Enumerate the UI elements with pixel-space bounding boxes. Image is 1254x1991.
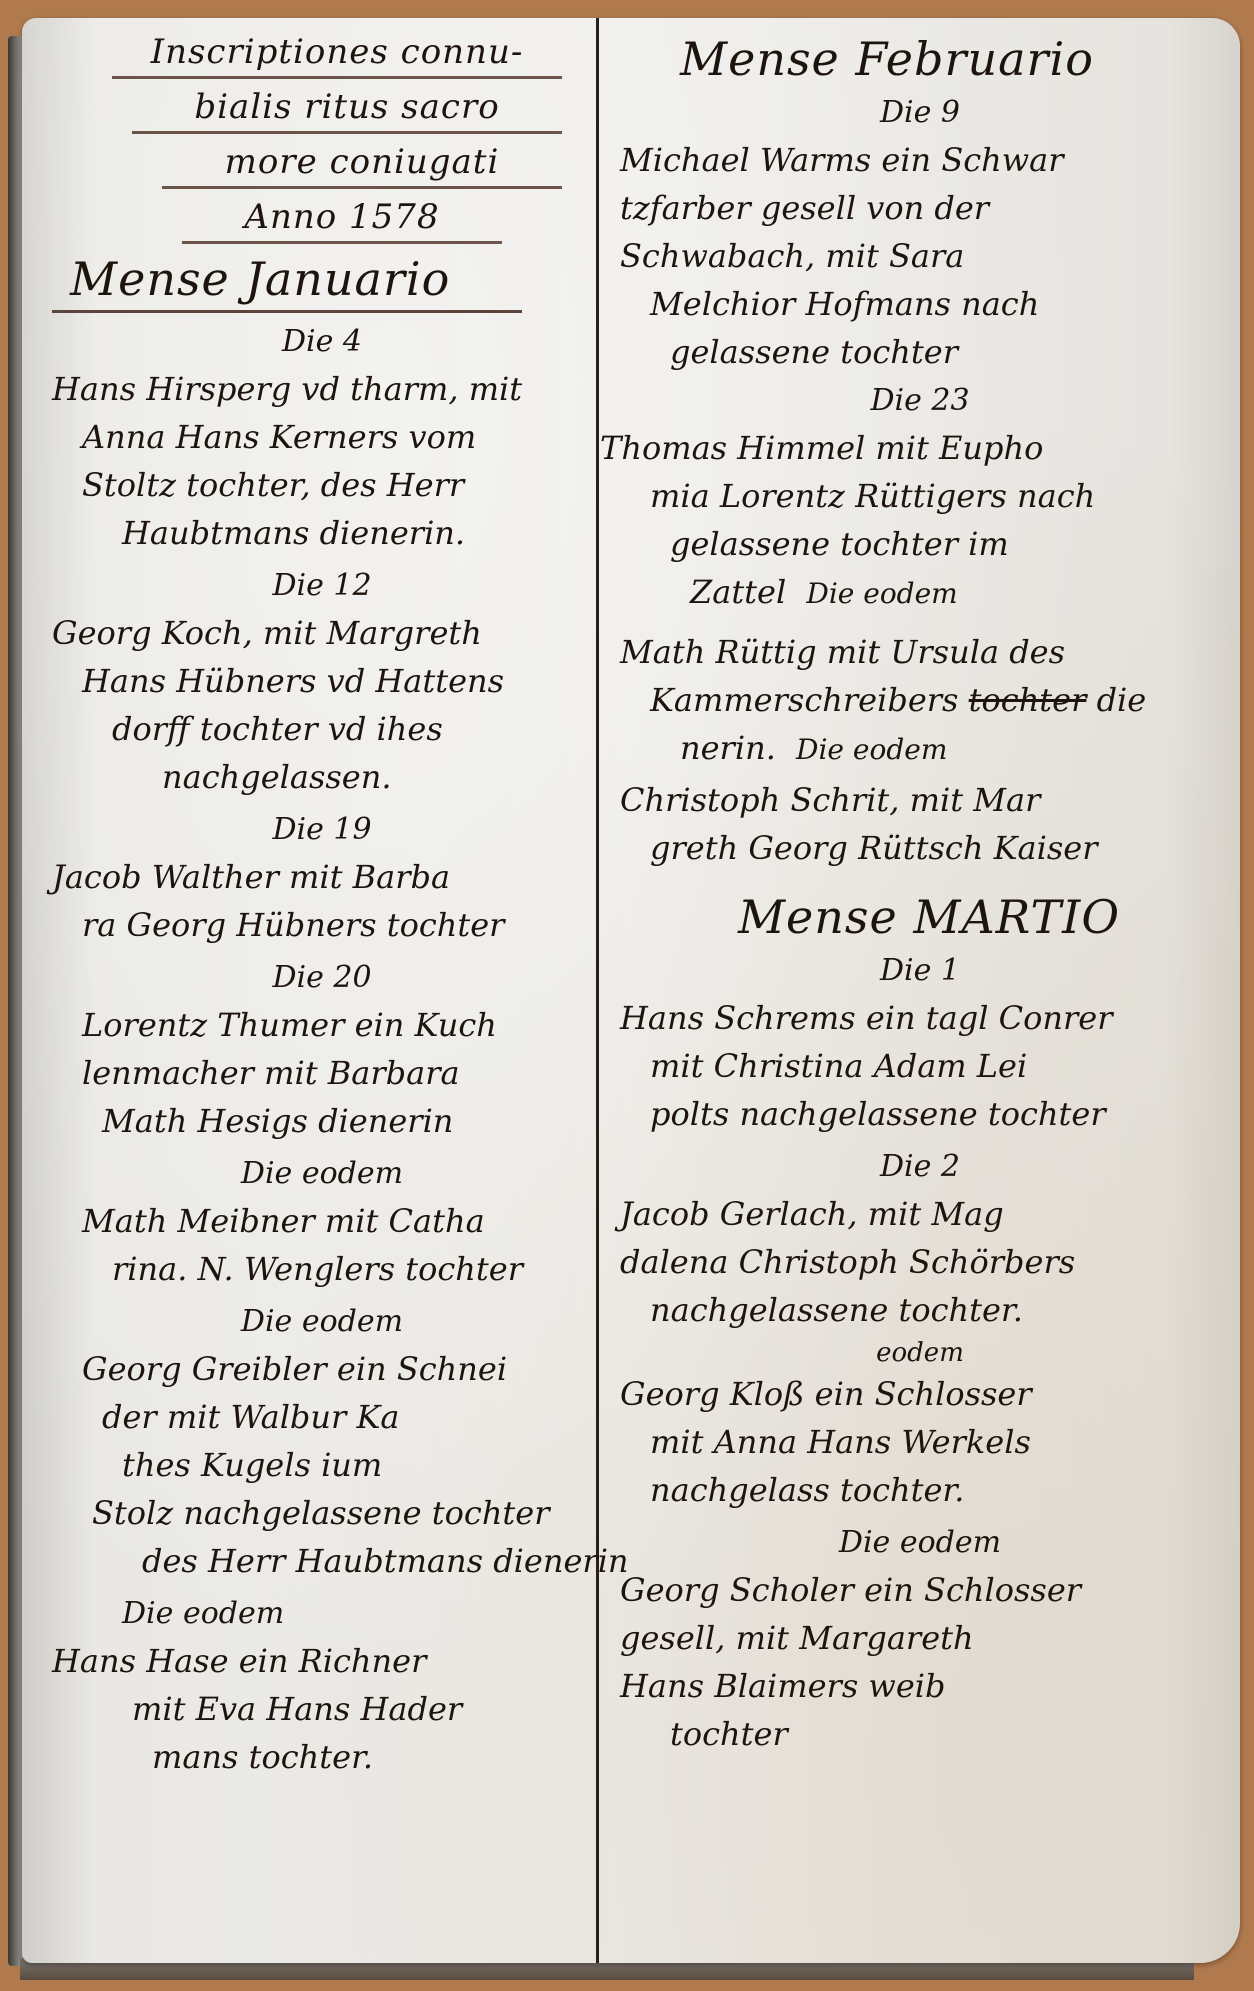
entry-date: Die eodem (806, 577, 957, 610)
entry-text-line: Math Hesigs dienerin (52, 1097, 592, 1145)
entry-text-line: Hans Hase ein Richner (52, 1637, 592, 1685)
marriage-entry: Die eodem Georg Scholer ein Schlosser ge… (620, 1520, 1220, 1758)
entry-text-line: Georg Kloß ein Schlosser (620, 1370, 1220, 1418)
marriage-entry: Die 12 Georg Koch, mit Margreth Hans Hüb… (52, 563, 592, 801)
entry-text-line: nachgelassen. (52, 753, 592, 801)
entry-text-line: mia Lorentz Rüttigers nach (620, 472, 1220, 520)
entry-text-line: mit Anna Hans Werkels (620, 1418, 1220, 1466)
entry-text-line: Stoltz tochter, des Herr (52, 461, 592, 509)
title-line: Inscriptiones connu- (112, 28, 562, 79)
month-heading-march: Mense MARTIO (620, 886, 1220, 948)
entry-text-line: Georg Greibler ein Schnei (52, 1345, 592, 1393)
marriage-entry: Math Rüttig mit Ursula des Kammerschreib… (620, 628, 1220, 774)
register-title: Inscriptiones connu- bialis ritus sacro … (52, 28, 592, 244)
marriage-entry: eodem Georg Kloß ein Schlosser mit Anna … (620, 1336, 1220, 1514)
entry-date: Die 9 (620, 90, 1220, 136)
entry-date: Die 23 (620, 378, 1220, 424)
marriage-entry: Die eodem Math Meibner mit Catha rina. N… (52, 1151, 592, 1293)
entry-text-line: gelassene tochter im (620, 520, 1220, 568)
column-divider-rule (596, 18, 599, 1963)
entry-text-line: gelassene tochter (620, 328, 1220, 376)
entry-text-line: Zattel Die eodem (620, 568, 1220, 618)
entry-text-line: Schwabach, mit Sara (620, 232, 1220, 280)
entry-text-line: Georg Scholer ein Schlosser (620, 1566, 1220, 1614)
month-heading-january: Mense Januario (52, 248, 522, 313)
marriage-entry: Die 19 Jacob Walther mit Barba ra Georg … (52, 807, 592, 949)
entry-text-line: nachgelass tochter. (620, 1466, 1220, 1514)
entry-date: Die eodem (796, 733, 947, 766)
title-line: more coniugati (162, 138, 562, 189)
entry-date: Die 20 (52, 955, 592, 1001)
entry-text-line: Hans Hirsperg vd tharm, mit (52, 365, 592, 413)
marriage-entry: Die eodem Hans Hase ein Richner mit Eva … (52, 1591, 592, 1781)
left-column: Inscriptiones connu- bialis ritus sacro … (52, 28, 592, 1783)
entry-date: Die 4 (52, 319, 592, 365)
entry-text-line: Melchior Hofmans nach (620, 280, 1220, 328)
entry-text-line: nerin. Die eodem (620, 724, 1220, 774)
entry-date: Die eodem (52, 1151, 592, 1197)
entry-text-line: lenmacher mit Barbara (52, 1049, 592, 1097)
entry-text-line: mit Eva Hans Hader (52, 1685, 592, 1733)
entry-text-line: gesell, mit Margareth (620, 1614, 1220, 1662)
entry-text-line: Lorentz Thumer ein Kuch (52, 1001, 592, 1049)
entry-text-line: Thomas Himmel mit Eupho (600, 424, 1220, 472)
entry-text-line: Hans Blaimers weib (620, 1662, 1220, 1710)
entry-text-line: Georg Koch, mit Margreth (52, 609, 592, 657)
marriage-entry: Die 2 Jacob Gerlach, mit Mag dalena Chri… (620, 1144, 1220, 1334)
entry-text-line: Hans Hübners vd Hattens (52, 657, 592, 705)
entry-text-line: Jacob Gerlach, mit Mag (620, 1190, 1220, 1238)
marriage-entry: Die 20 Lorentz Thumer ein Kuch lenmacher… (52, 955, 592, 1145)
marriage-entry: Die eodem Georg Greibler ein Schnei der … (52, 1299, 592, 1585)
entry-date: Die eodem (52, 1299, 592, 1345)
right-column: Mense Februario Die 9 Michael Warms ein … (620, 28, 1220, 1760)
entry-text-line: Jacob Walther mit Barba (52, 853, 592, 901)
marriage-entry: Christoph Schrit, mit Mar greth Georg Rü… (620, 776, 1220, 872)
struck-through-word: tochter (969, 681, 1087, 719)
entry-text: die (1097, 681, 1147, 719)
entry-text-line: rina. N. Wenglers tochter (52, 1245, 592, 1293)
marriage-entry: Die 23 Thomas Himmel mit Eupho mia Loren… (620, 378, 1220, 618)
entry-date: eodem (620, 1336, 1220, 1370)
entry-text-line: Math Meibner mit Catha (52, 1197, 592, 1245)
entry-text: Zattel (690, 573, 786, 611)
entry-date: Die 2 (620, 1144, 1220, 1190)
entry-text-line: Math Rüttig mit Ursula des (620, 628, 1220, 676)
title-line: bialis ritus sacro (132, 83, 562, 134)
entry-text-line: Kammerschreibers tochter die (620, 676, 1220, 724)
entry-text-line: tzfarber gesell von der (620, 184, 1220, 232)
entry-text-line: dalena Christoph Schörbers (620, 1238, 1220, 1286)
entry-text-line: mans tochter. (52, 1733, 592, 1781)
entry-date: Die 12 (52, 563, 592, 609)
entry-date: Die eodem (52, 1591, 592, 1637)
entry-text-line: des Herr Haubtmans dienerin (52, 1537, 592, 1585)
entry-date: Die 19 (52, 807, 592, 853)
entry-text-line: Christoph Schrit, mit Mar (620, 776, 1220, 824)
entry-text: Kammerschreibers (650, 681, 969, 719)
entry-text-line: thes Kugels ium (52, 1441, 592, 1489)
entry-text-line: der mit Walbur Ka (52, 1393, 592, 1441)
entry-text-line: Haubtmans dienerin. (52, 509, 592, 557)
month-heading-february: Mense Februario (620, 28, 1220, 90)
entry-text-line: greth Georg Rüttsch Kaiser (620, 824, 1220, 872)
entry-text-line: Stolz nachgelassene tochter (52, 1489, 592, 1537)
entry-text-line: Michael Warms ein Schwar (620, 136, 1220, 184)
entry-text-line: nachgelassene tochter. (620, 1286, 1220, 1334)
entry-text-line: tochter (620, 1710, 1220, 1758)
entry-text-line: dorff tochter vd ihes (52, 705, 592, 753)
entry-text-line: ra Georg Hübners tochter (52, 901, 592, 949)
title-year: Anno 1578 (182, 193, 502, 244)
entry-text-line: Hans Schrems ein tagl Conrer (620, 994, 1220, 1042)
marriage-entry: Die 1 Hans Schrems ein tagl Conrer mit C… (620, 948, 1220, 1138)
entry-text-line: mit Christina Adam Lei (620, 1042, 1220, 1090)
entry-date: Die 1 (620, 948, 1220, 994)
entry-text: nerin. (680, 729, 776, 767)
marriage-entry: Die 9 Michael Warms ein Schwar tzfarber … (620, 90, 1220, 376)
entry-date: Die eodem (620, 1520, 1220, 1566)
entry-text-line: Anna Hans Kerners vom (52, 413, 592, 461)
entry-text-line: polts nachgelassene tochter (620, 1090, 1220, 1138)
marriage-entry: Die 4 Hans Hirsperg vd tharm, mit Anna H… (52, 319, 592, 557)
